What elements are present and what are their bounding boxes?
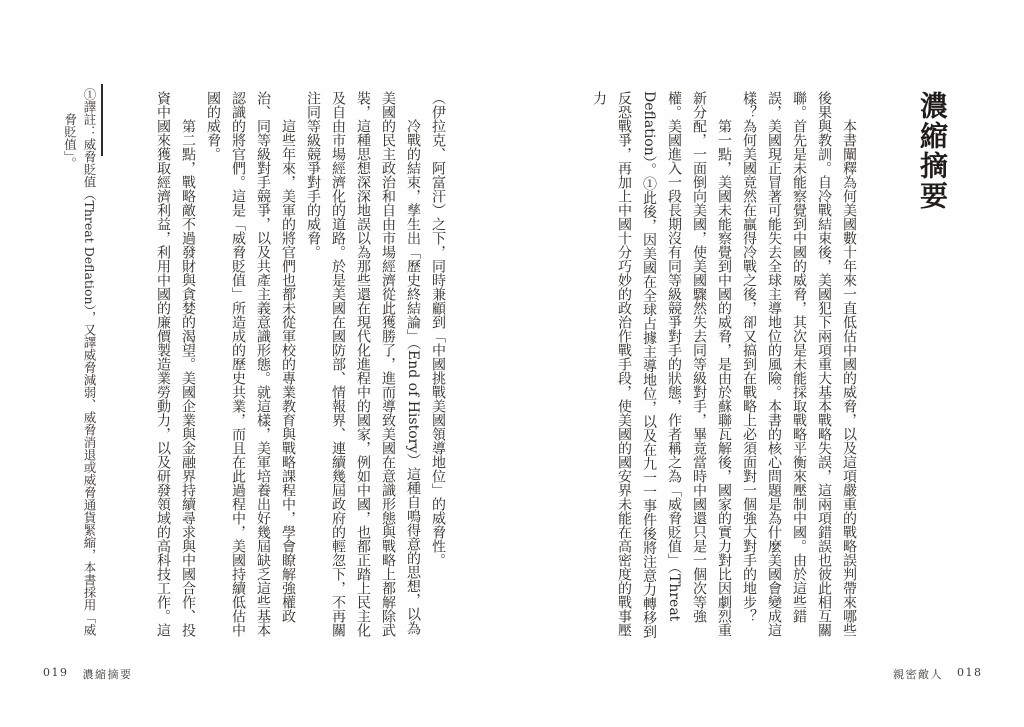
translator-footnote: ①譯註：威脅貶值（Threat Deflation），又譯威脅減弱、威脅消退或威… [60,88,99,640]
footer-page-number: 019 [43,666,69,682]
right-page-footer: 親密敵人 018 [893,666,983,682]
left-page-text: （伊拉克、阿富汗）之下，同時兼顧到「中國挑戰美國領導地位」的威脅性。 冷戰的結束… [150,91,450,641]
paragraph: 第一點，美國未能察覺到中國的威脅，是由於蘇聯瓦解後，國家的實力對比因劇烈重新分配… [586,91,736,641]
footer-section-title: 濃縮摘要 [83,666,133,682]
right-page-text: 本書闡釋為何美國數十年來一直低估中國的威脅，以及這項嚴重的戰略誤判帶來哪些後果與… [586,91,861,641]
paragraph: 本書闡釋為何美國數十年來一直低估中國的威脅，以及這項嚴重的戰略誤判帶來哪些後果與… [736,91,861,641]
footnote-text: ①譯註：威脅貶值（Threat Deflation），又譯威脅減弱、威脅消退或威… [60,88,99,640]
paragraph: 冷戰的結束，孳生出「歷史終結論」（End of History）這種自鳴得意的思… [300,91,425,641]
chapter-title: 濃縮摘要 [912,91,952,211]
page-left: （伊拉克、阿富汗）之下，同時兼顧到「中國挑戰美國領導地位」的威脅性。 冷戰的結束… [0,0,512,727]
footer-page-number: 018 [957,666,983,682]
footer-book-title: 親密敵人 [893,666,943,682]
page-right: 濃縮摘要 本書闡釋為何美國數十年來一直低估中國的威脅，以及這項嚴重的戰略誤判帶來… [512,0,1024,727]
book-spread: 濃縮摘要 本書闡釋為何美國數十年來一直低估中國的威脅，以及這項嚴重的戰略誤判帶來… [0,0,1024,727]
footnote-divider [101,84,103,156]
paragraph: 這些年來，美軍的將官們也都未從軍校的專業教育與戰略課程中，學會瞭解強權政治、同等… [200,91,300,641]
paragraph: （伊拉克、阿富汗）之下，同時兼顧到「中國挑戰美國領導地位」的威脅性。 [425,91,450,641]
left-page-footer: 019 濃縮摘要 [43,666,133,682]
paragraph: 第二點，戰略敵不過發財與貪婪的渴望。美國企業與金融界持續尋求與中國合作、投資中國… [150,91,200,641]
